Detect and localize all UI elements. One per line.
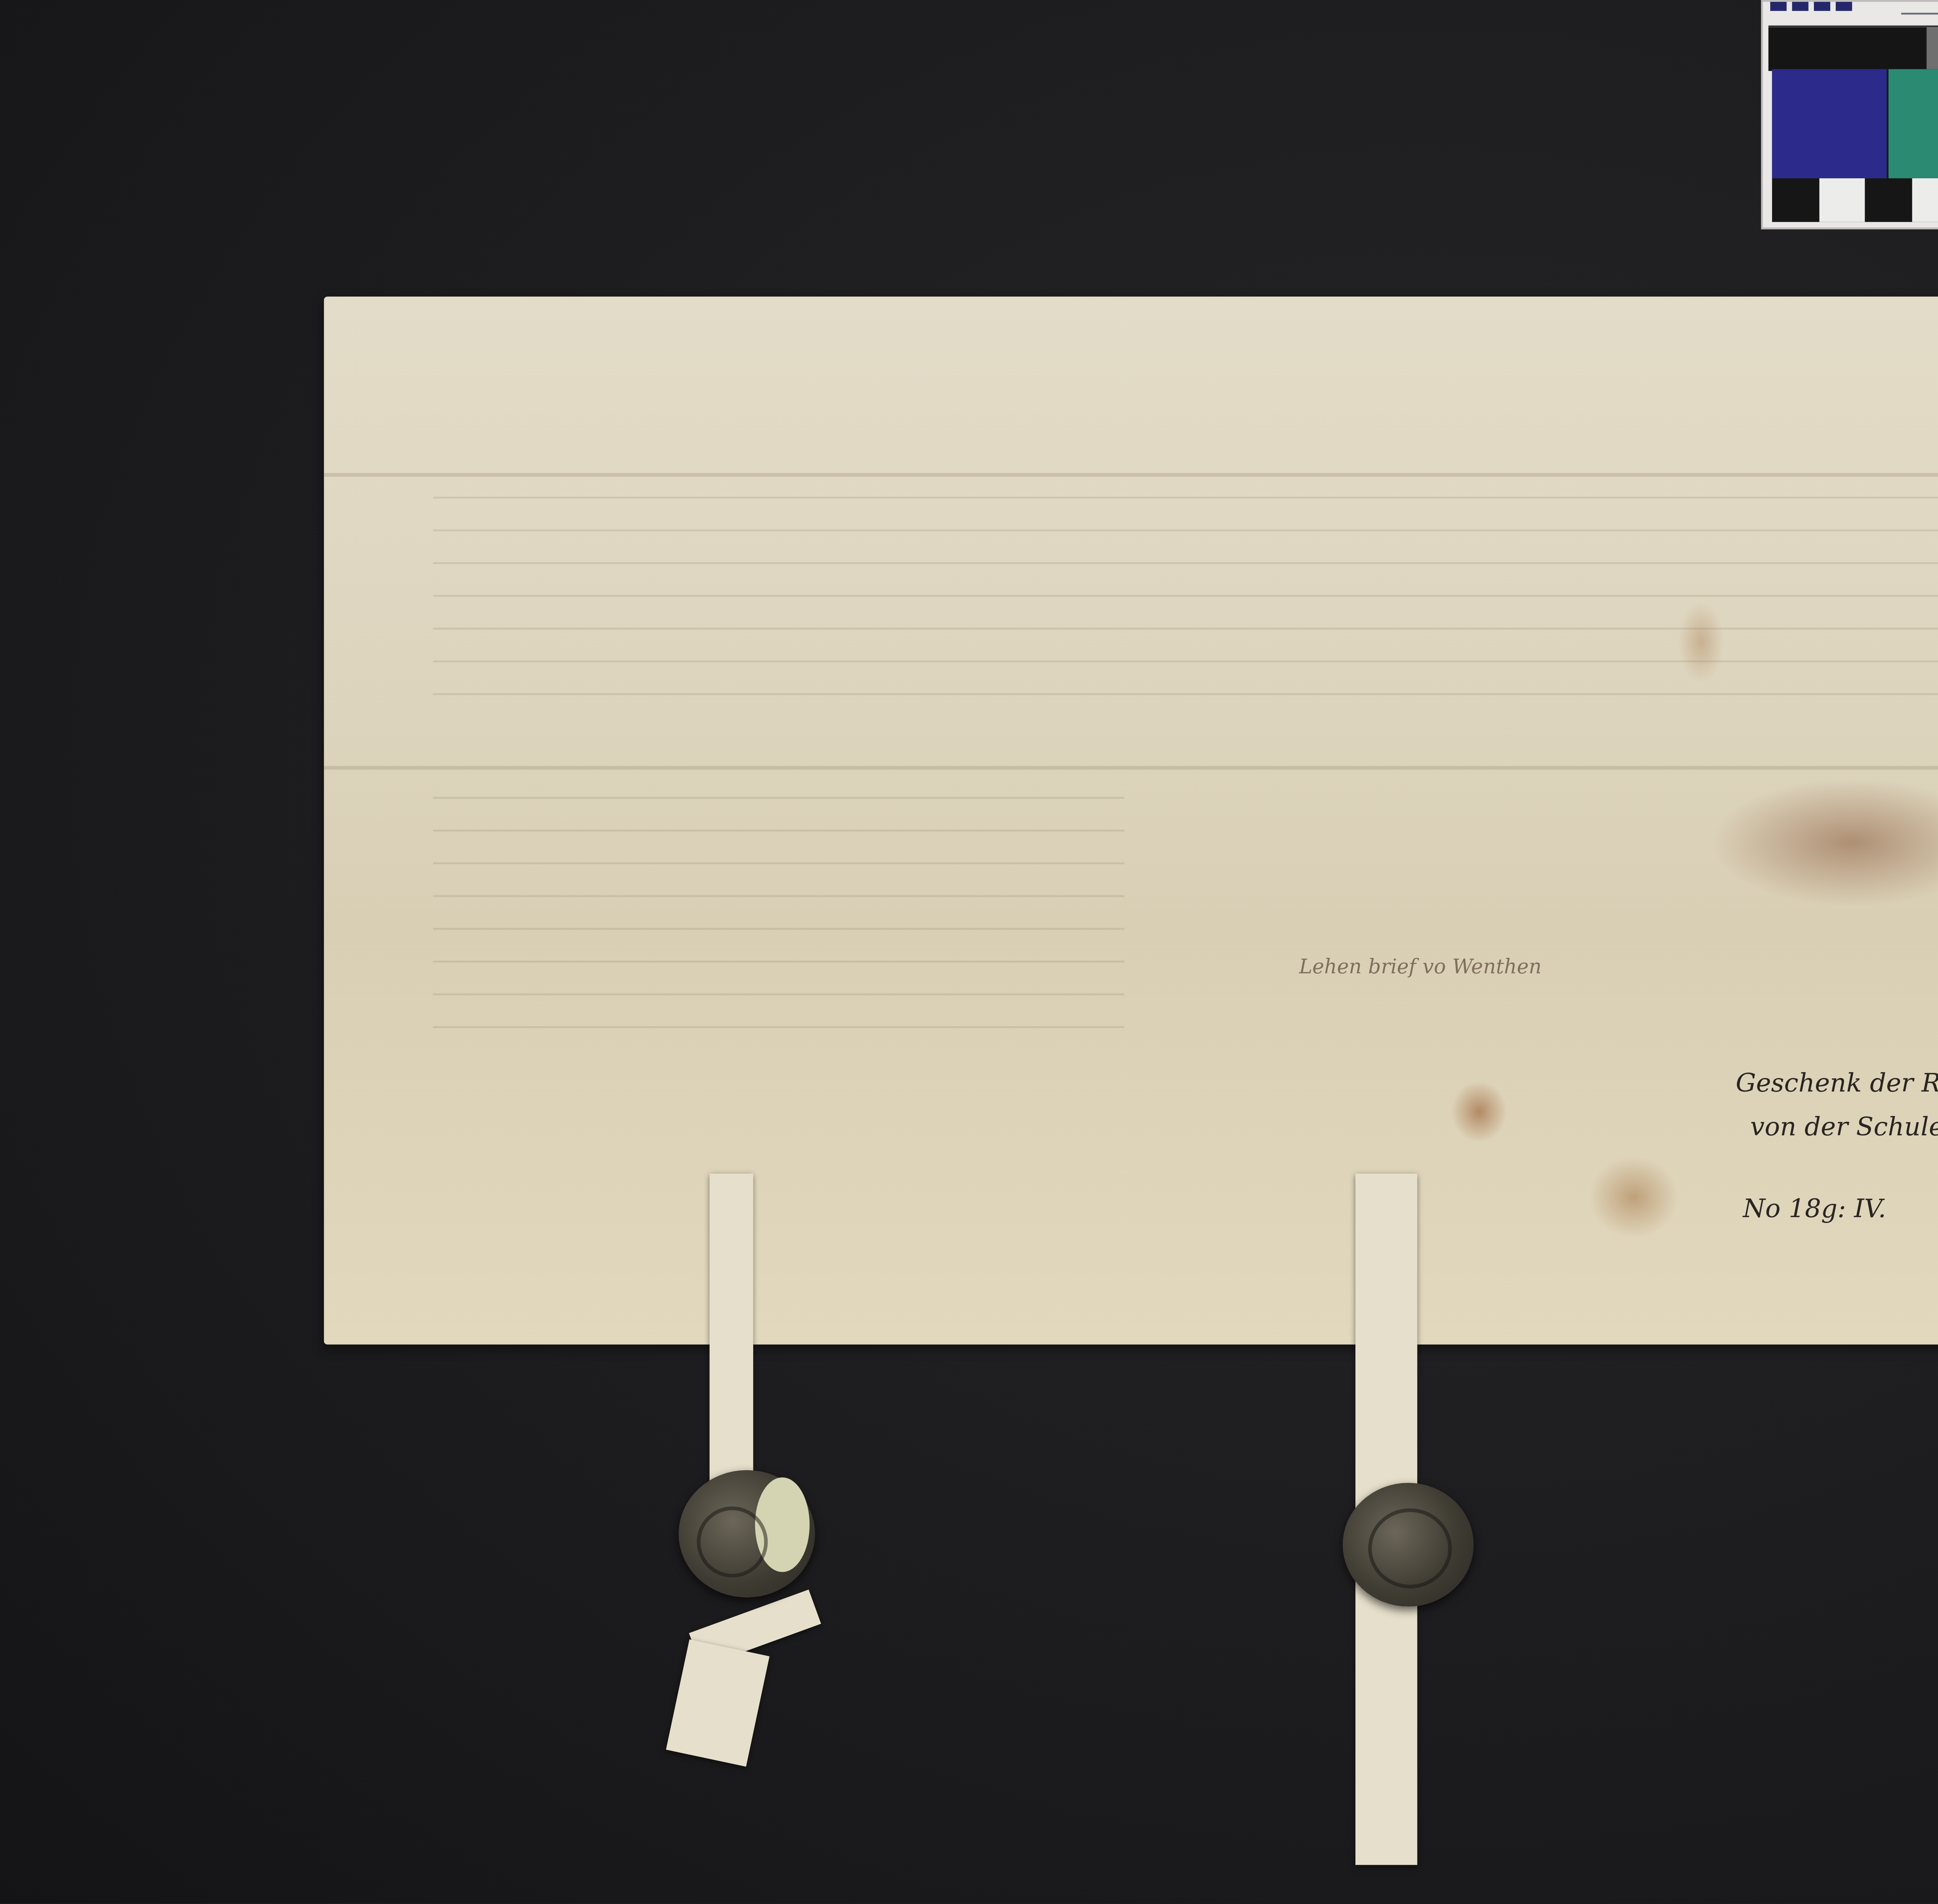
wax-seal-1 bbox=[679, 1470, 815, 1598]
cm-scale-bar bbox=[1772, 178, 1938, 222]
card-line bbox=[1901, 13, 1938, 15]
document-photograph: cm Lehen brief vo Wenthen Eigentum der S… bbox=[0, 0, 1938, 1903]
color-patch-green bbox=[1888, 69, 1938, 178]
fold-line bbox=[324, 473, 1938, 476]
gray-patch-black bbox=[1768, 27, 1926, 71]
seal-tag-1-end bbox=[666, 1639, 769, 1767]
color-calibration-card: cm bbox=[1761, 0, 1938, 229]
faded-text-block bbox=[433, 497, 1938, 726]
seal-impression bbox=[697, 1507, 768, 1578]
seal-impression bbox=[1368, 1508, 1452, 1588]
card-logo-icon bbox=[1770, 2, 1852, 11]
faded-text-block bbox=[433, 797, 1124, 1059]
gray-patch-gray bbox=[1926, 27, 1938, 71]
color-patch-blue bbox=[1772, 69, 1886, 178]
note-line-2: von der Schulenburg = Oefft. bbox=[1750, 1114, 1938, 1143]
gray-patch-row bbox=[1768, 26, 1938, 71]
color-patch-row bbox=[1772, 69, 1938, 178]
fold-line bbox=[324, 766, 1938, 769]
wax-seal-2 bbox=[1343, 1483, 1474, 1607]
medieval-endorsement: Lehen brief vo Wenthen bbox=[1299, 955, 1541, 979]
note-reference: No 18g: IV. bbox=[1743, 1195, 1886, 1224]
parchment-charter: Lehen brief vo Wenthen Eigentum der Stad… bbox=[324, 297, 1938, 1345]
note-line-1: Geschenk der Reichsgrafen bbox=[1736, 1070, 1938, 1099]
